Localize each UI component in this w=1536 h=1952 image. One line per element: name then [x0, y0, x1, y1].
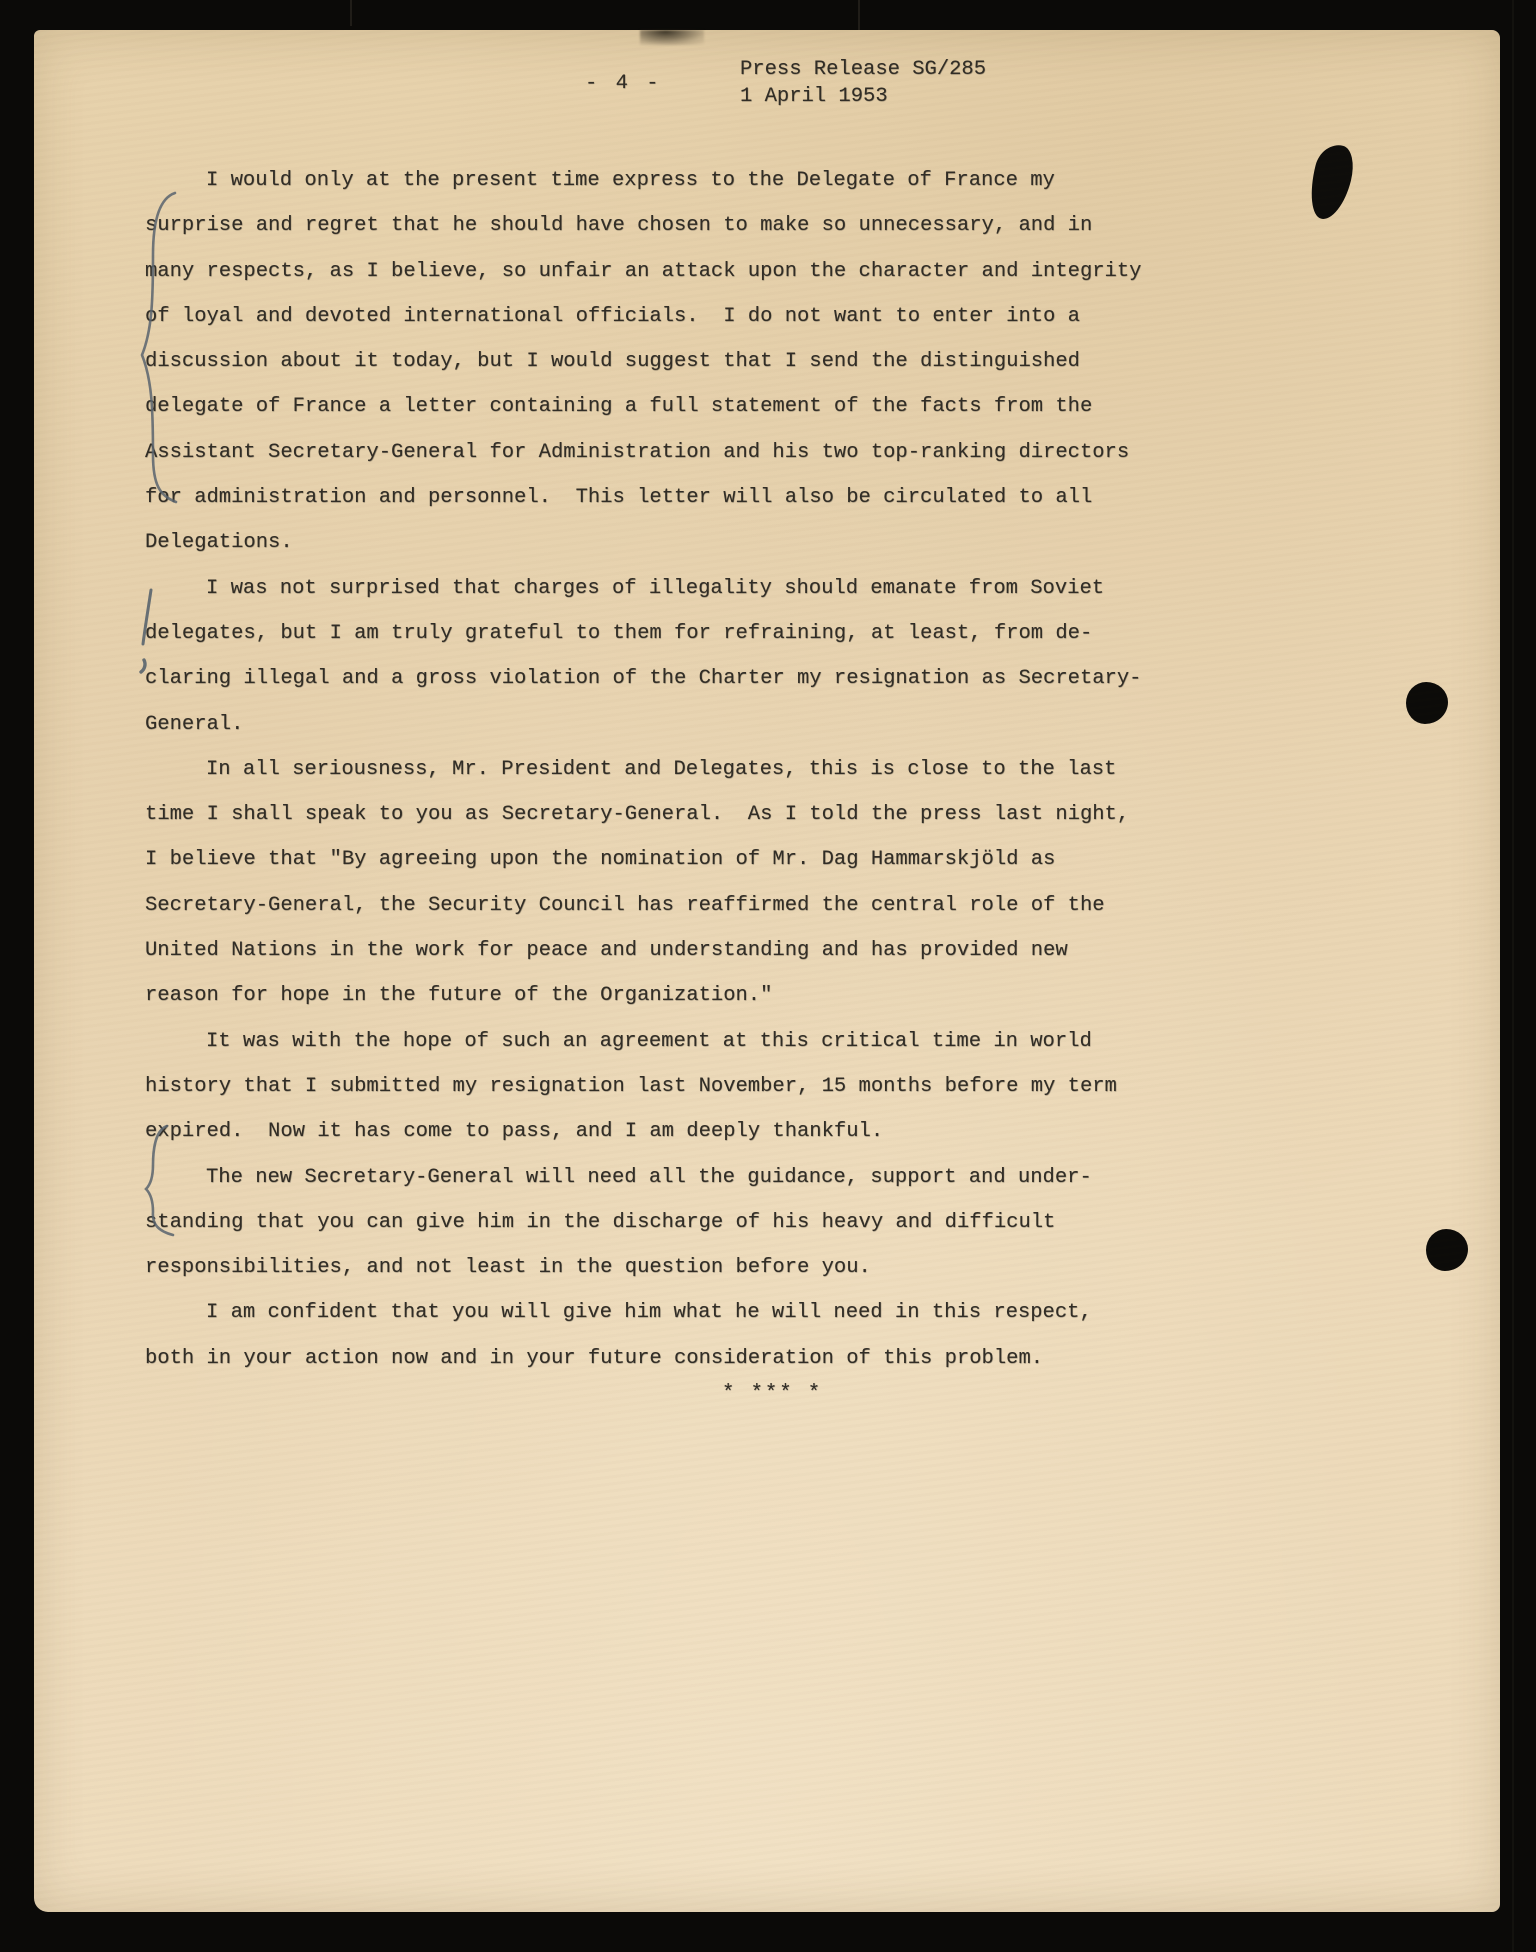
text-line: Assistant Secretary-General for Administ… — [145, 430, 1245, 475]
page-number: - 4 - — [585, 72, 662, 95]
text-line: I was not surprised that charges of ille… — [145, 566, 1245, 611]
text-line: standing that you can give him in the di… — [145, 1200, 1245, 1245]
text-line: both in your action now and in your futu… — [145, 1336, 1245, 1381]
release-header: Press Release SG/285 1 April 1953 — [740, 56, 986, 110]
asterisk-divider: * *** * — [722, 1382, 822, 1405]
text-line: It was with the hope of such an agreemen… — [145, 1019, 1245, 1064]
release-date: 1 April 1953 — [740, 83, 986, 110]
scan-scratch — [858, 0, 860, 34]
text-line: history that I submitted my resignation … — [145, 1064, 1245, 1109]
ink-dot — [1426, 1229, 1468, 1271]
scan-scratch — [1512, 0, 1514, 1952]
text-line: reason for hope in the future of the Org… — [145, 973, 1245, 1018]
scanned-page-background: - 4 - Press Release SG/285 1 April 1953 … — [0, 0, 1536, 1952]
text-line: Delegations. — [145, 520, 1245, 565]
ink-dot — [1406, 682, 1448, 724]
text-line: claring illegal and a gross violation of… — [145, 656, 1245, 701]
text-line: of loyal and devoted international offic… — [145, 294, 1245, 339]
text-line: many respects, as I believe, so unfair a… — [145, 249, 1245, 294]
document-page: - 4 - Press Release SG/285 1 April 1953 … — [34, 30, 1500, 1912]
text-line: I believe that "By agreeing upon the nom… — [145, 837, 1245, 882]
scan-scratch — [350, 0, 352, 26]
text-line: delegates, but I am truly grateful to th… — [145, 611, 1245, 656]
text-line: time I shall speak to you as Secretary-G… — [145, 792, 1245, 837]
text-line: expired. Now it has come to pass, and I … — [145, 1109, 1245, 1154]
text-line: The new Secretary-General will need all … — [145, 1155, 1245, 1200]
text-line: In all seriousness, Mr. President and De… — [145, 747, 1245, 792]
text-line: I am confident that you will give him wh… — [145, 1290, 1245, 1335]
text-line: delegate of France a letter containing a… — [145, 384, 1245, 429]
top-edge-smudge — [640, 30, 704, 45]
text-line: responsibilities, and not least in the q… — [145, 1245, 1245, 1290]
text-line: surprise and regret that he should have … — [145, 203, 1245, 248]
text-line: discussion about it today, but I would s… — [145, 339, 1245, 384]
text-line: United Nations in the work for peace and… — [145, 928, 1245, 973]
text-line: I would only at the present time express… — [145, 158, 1245, 203]
text-line: General. — [145, 702, 1245, 747]
text-line: Secretary-General, the Security Council … — [145, 883, 1245, 928]
hole-punch — [1303, 141, 1358, 224]
text-line: for administration and personnel. This l… — [145, 475, 1245, 520]
document-body: I would only at the present time express… — [145, 158, 1245, 1381]
release-id: Press Release SG/285 — [740, 56, 986, 83]
